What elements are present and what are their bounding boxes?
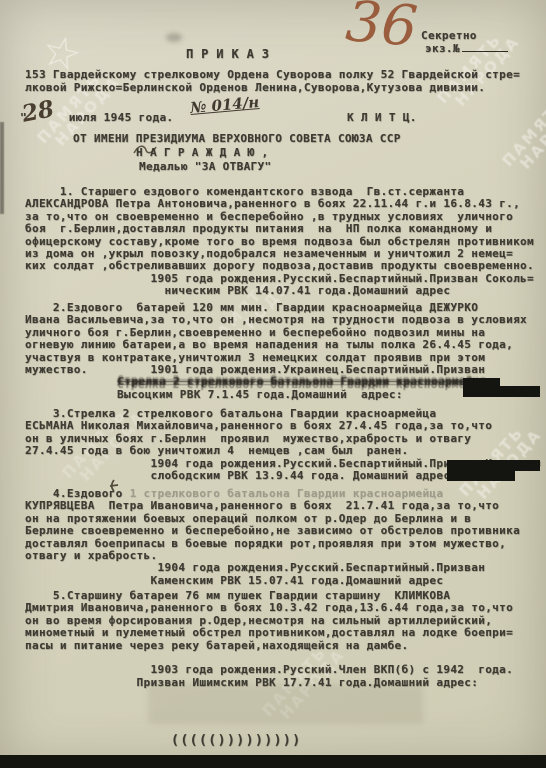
scan-bottom-bar bbox=[0, 755, 546, 768]
entry-line: ЕСЬМАНА Николая Михайловича,раненного в … bbox=[25, 420, 546, 432]
entry-line: Ивана Васильевича,за то,что он ,несмотря… bbox=[25, 314, 546, 326]
entry-line: минометный и пулеметный обстрел противни… bbox=[25, 627, 546, 639]
redaction-box bbox=[447, 471, 515, 481]
scanned-order-document: ПАМЯТЬНАРОДА ПАМЯТЬНАРОДА ПАМЯТЬНАРОДА П… bbox=[0, 0, 546, 768]
redaction-box bbox=[463, 378, 500, 386]
entry-line: 1904 года рождения.Русский.Беспартийный.… bbox=[25, 562, 546, 574]
entry-line: КУПРЯВЦЕВА Петра Ивановича,раненного в б… bbox=[25, 500, 546, 512]
page-separator: ((((())))))))) bbox=[171, 735, 302, 747]
location-name: К Л И Т Ц. bbox=[347, 112, 417, 124]
redaction-box bbox=[463, 386, 540, 397]
preamble: ОТ ИМЕНИ ПРЕЗИДИУМА ВЕРХОВНОГО СОВЕТА СО… bbox=[73, 133, 401, 145]
memory-watermark: ПАМЯТЬНАРОДА bbox=[500, 87, 546, 180]
copy-number-label: экз.№ bbox=[425, 43, 508, 56]
entry-line: Дмитрия Ивановича,раненного в боях 10.3.… bbox=[25, 602, 546, 614]
entry-line: Берлине своевременно и бесперебойно,не з… bbox=[25, 525, 546, 537]
award-entry-1: 1. Старшего ездового комендантского взво… bbox=[25, 186, 546, 298]
faded-text: 1 стрелкового батальона Гвардии красноар… bbox=[130, 487, 444, 500]
entry-line: 27.4.45 года в бою уничтожил 4 немцев ,с… bbox=[25, 445, 546, 457]
award-entry-5: 5.Старшину батареи 76 мм пушек Гвардии с… bbox=[25, 590, 546, 689]
entry-line: АЛЕКСАНДРОВА Петра Антоновича,раненного … bbox=[25, 198, 546, 210]
order-title: П Р И К А З bbox=[186, 48, 269, 60]
entry-line: Призван Ишимским РВК 17.7.41 года.Домашн… bbox=[25, 677, 546, 689]
unit-line-1: 153 Гвардейскому стрелковому Ордена Суво… bbox=[25, 69, 520, 81]
entry-line: ких солдат ,обстреливавших дорогу подвоз… bbox=[25, 260, 546, 272]
medal-name: Медалью "ЗА ОТВАГУ" bbox=[139, 161, 271, 173]
entry-line: пасы и питание через реку батарей,находя… bbox=[25, 640, 546, 652]
award-verb: Н А Г Р А Ж Д А Ю , bbox=[136, 147, 268, 159]
redaction-box bbox=[447, 460, 540, 471]
bleed-through-patch bbox=[148, 684, 423, 724]
handwritten-copy-number: 36 bbox=[343, 0, 420, 60]
entry-line: ническим РВК 14.07.41 года.Домашний адре… bbox=[25, 285, 546, 297]
secrecy-block: Секретно экз.№ bbox=[421, 30, 508, 56]
ink-smudge bbox=[166, 33, 182, 42]
entry-line: 1903 года рождения.Русский.Член ВКП(б) с… bbox=[25, 664, 546, 676]
handwritten-order-number: № 014/н bbox=[189, 93, 260, 117]
award-entry-4: 4.Ездового 1 стрелкового батальона Гвард… bbox=[25, 488, 546, 587]
entry-line: Каменским РВК 15.07.41 года.Домашний адр… bbox=[25, 575, 546, 587]
scan-edge-mark bbox=[0, 122, 4, 214]
copy-number-underline bbox=[462, 51, 508, 52]
entry-line: боя г.Берлин,доставлял продукты питания … bbox=[25, 223, 546, 235]
entry-line: огневую линию батареи,а во время нападен… bbox=[25, 339, 546, 351]
